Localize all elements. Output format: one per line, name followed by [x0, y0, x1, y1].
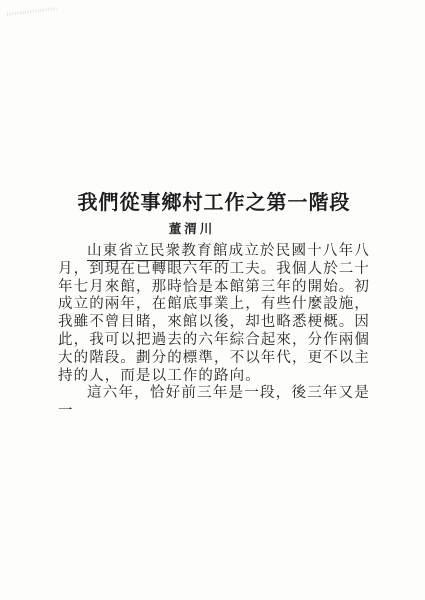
page-title: 我們從事鄉村工作之第一階段 [58, 186, 370, 215]
proper-noun-underline: 山東省立民衆教育館 [87, 243, 229, 261]
paragraph-2: 這六年，恰好前三年是一段，後三年又是一 [58, 385, 370, 421]
author-name: 董渭川 [36, 219, 348, 237]
scan-page: 我們從事鄉村工作之第一階段 董渭川 山東省立民衆教育館成立於民國十八年八月，到現… [0, 0, 425, 600]
faint-watermark [7, 7, 57, 16]
paragraph-2-text: 這六年，恰好前三年是一段，後三年又是一 [58, 385, 370, 419]
paragraph-1: 山東省立民衆教育館成立於民國十八年八月，到現在已轉眼六年的工夫。我個人於二十年七… [58, 243, 370, 385]
paragraph-1-text: 成立於民國十八年八月，到現在已轉眼六年的工夫。我個人於二十年七月來館，那時恰是本… [58, 243, 370, 384]
article-body: 山東省立民衆教育館成立於民國十八年八月，到現在已轉眼六年的工夫。我個人於二十年七… [58, 243, 370, 421]
